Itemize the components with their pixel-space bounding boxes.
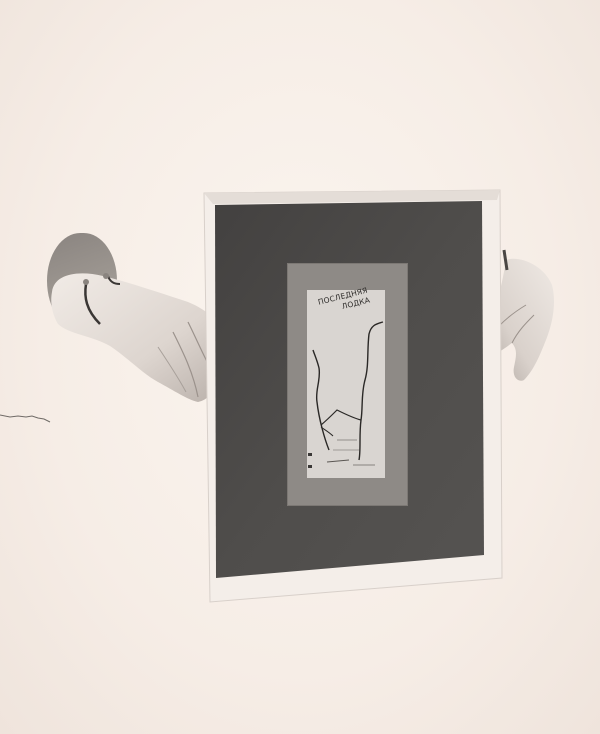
photo-background: ПОСЛЕДНЯЯ ЛОДКА xyxy=(0,0,600,734)
line-drawing xyxy=(307,290,385,478)
artwork-mat: ПОСЛЕДНЯЯ ЛОДКА xyxy=(287,263,408,506)
artwork-paper: ПОСЛЕДНЯЯ ЛОДКА xyxy=(307,290,385,478)
